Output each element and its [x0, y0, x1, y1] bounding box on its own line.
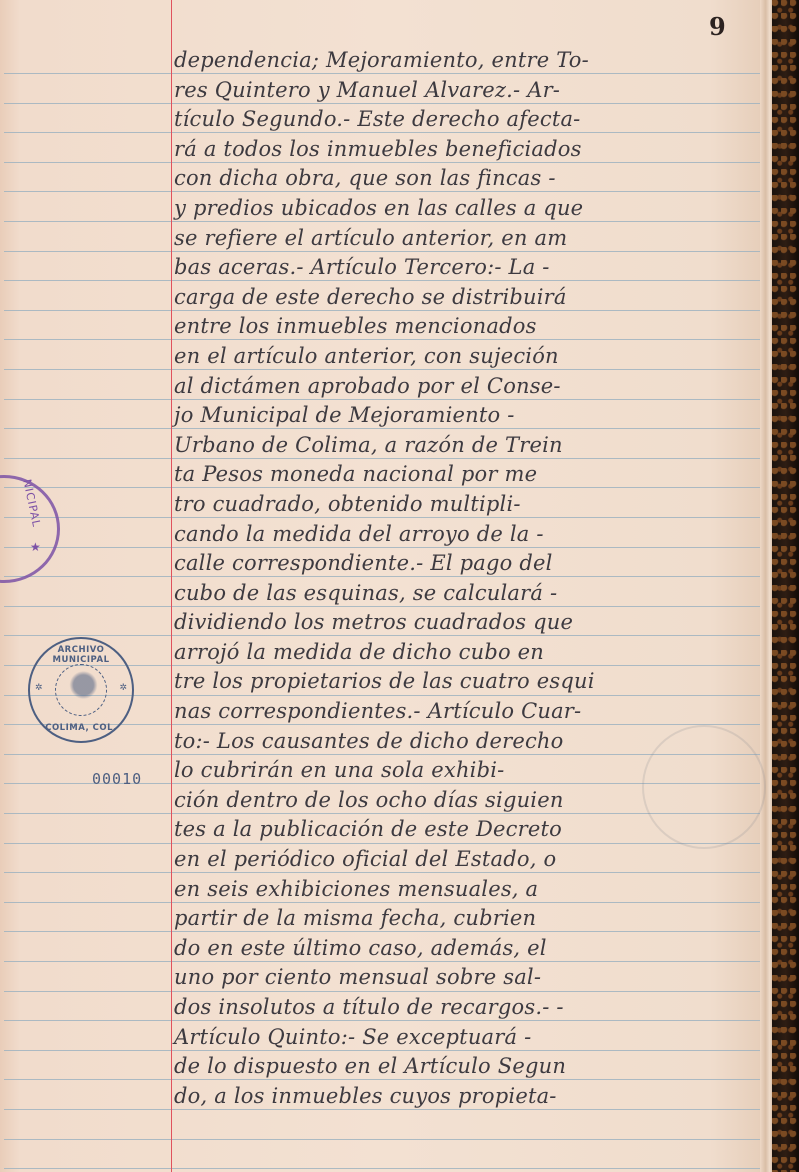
handwritten-line: dos insolutos a título de recargos.- -	[172, 993, 764, 1023]
handwritten-line: tro cuadrado, obtenido multipli-	[172, 490, 764, 520]
handwritten-line: cubo de las esquinas, se calculará -	[172, 579, 764, 609]
star-icon: ★	[30, 540, 41, 554]
handwritten-line: cando la medida del arroyo de la -	[172, 520, 764, 550]
handwritten-line: carga de este derecho se distribuirá	[172, 283, 764, 313]
handwritten-line: partir de la misma fecha, cubrien	[172, 904, 764, 934]
handwritten-text-block: dependencia; Mejoramiento, entre To- res…	[172, 46, 764, 1111]
handwritten-line: bas aceras.- Artículo Tercero:- La -	[172, 253, 764, 283]
stamp-top-text: ARCHIVO MUNICIPAL	[30, 645, 132, 665]
asterisk-icon: ✲	[35, 683, 43, 693]
handwritten-line: do, a los inmuebles cuyos propieta-	[172, 1082, 764, 1112]
handwritten-line: uno por ciento mensual sobre sal-	[172, 963, 764, 993]
handwritten-line: y predios ubicados en las calles a que	[172, 194, 764, 224]
handwritten-line: se refiere el artículo anterior, en am	[172, 224, 764, 254]
handwritten-line: Urbano de Colima, a razón de Trein	[172, 431, 764, 461]
book-binding	[772, 0, 799, 1172]
ledger-page: 9 NICIPAL ★ ARCHIVO MUNICIPAL ✲ ✲ COLIMA…	[0, 0, 772, 1172]
handwritten-line: dividiendo los metros cuadrados que	[172, 608, 764, 638]
asterisk-icon: ✲	[119, 683, 127, 693]
handwritten-line: tre los propietarios de las cuatro esqui	[172, 667, 764, 697]
stamp-bottom-text: COLIMA, COL.	[30, 723, 132, 733]
handwritten-line: al dictámen aprobado por el Conse-	[172, 372, 764, 402]
stamp-emblem-icon	[55, 664, 107, 716]
handwritten-line: to:- Los causantes de dicho derecho	[172, 727, 764, 757]
handwritten-line: tes a la publicación de este Decreto	[172, 815, 764, 845]
handwritten-line: res Quintero y Manuel Alvarez.- Ar-	[172, 76, 764, 106]
handwritten-line: ción dentro de los ocho días siguien	[172, 786, 764, 816]
page-number: 9	[709, 12, 726, 41]
handwritten-line: nas correspondientes.- Artículo Cuar-	[172, 697, 764, 727]
handwritten-line: calle correspondiente.- El pago del	[172, 549, 764, 579]
handwritten-line: en seis exhibiciones mensuales, a	[172, 875, 764, 905]
handwritten-line: con dicha obra, que son las fincas -	[172, 164, 764, 194]
ruled-line	[4, 1168, 762, 1169]
ruled-line	[4, 1139, 762, 1140]
handwritten-line: dependencia; Mejoramiento, entre To-	[172, 46, 764, 76]
archivo-municipal-stamp: ARCHIVO MUNICIPAL ✲ ✲ COLIMA, COL.	[28, 637, 134, 743]
handwritten-line: arrojó la medida de dicho cubo en	[172, 638, 764, 668]
handwritten-line: ta Pesos moneda nacional por me	[172, 460, 764, 490]
handwritten-line: rá a todos los inmuebles beneficiados	[172, 135, 764, 165]
handwritten-line: do en este último caso, además, el	[172, 934, 764, 964]
handwritten-line: tículo Segundo.- Este derecho afecta-	[172, 105, 764, 135]
handwritten-line: lo cubrirán en una sola exhibi-	[172, 756, 764, 786]
handwritten-line: jo Municipal de Mejoramiento -	[172, 401, 764, 431]
handwritten-line: en el artículo anterior, con sujeción	[172, 342, 764, 372]
handwritten-line: Artículo Quinto:- Se exceptuará -	[172, 1023, 764, 1053]
handwritten-line: de lo dispuesto en el Artículo Segun	[172, 1052, 764, 1082]
handwritten-line: entre los inmuebles mencionados	[172, 312, 764, 342]
handwritten-line: en el periódico oficial del Estado, o	[172, 845, 764, 875]
folio-number: 00010	[92, 770, 142, 788]
